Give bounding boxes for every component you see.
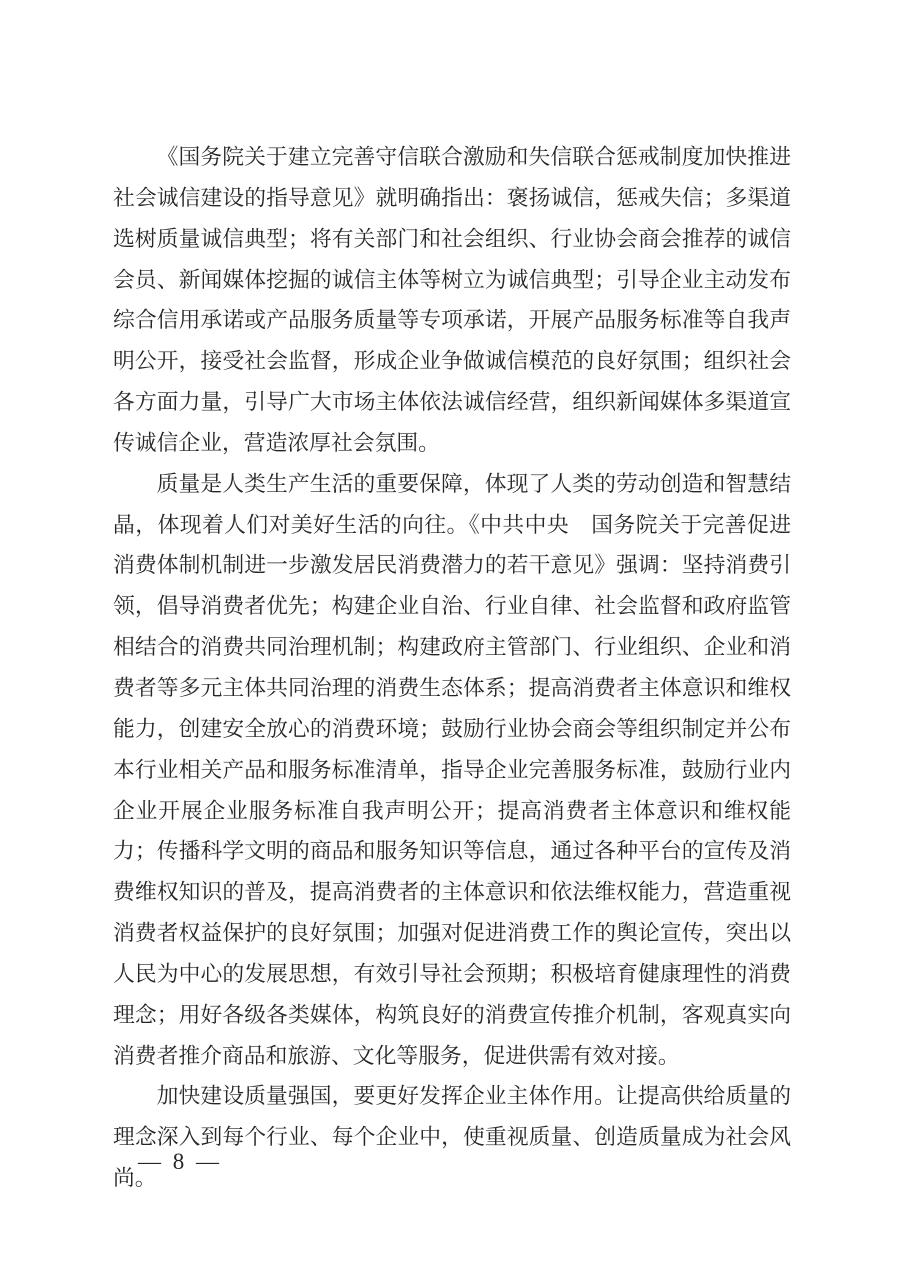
document-body: 《国务院关于建立完善守信联合激励和失信联合惩戒制度加快推进社会诚信建设的指导意见… xyxy=(113,137,791,1199)
document-page: 《国务院关于建立完善守信联合激励和失信联合惩戒制度加快推进社会诚信建设的指导意见… xyxy=(0,0,900,1273)
paragraph-quality-consumption-opinions: 质量是人类生产生活的重要保障，体现了人类的劳动创造和智慧结晶，体现着人们对美好生… xyxy=(113,464,791,1077)
paragraph-quality-nation-enterprise: 加快建设质量强国，要更好发挥企业主体作用。让提高供给质量的理念深入到每个行业、每… xyxy=(113,1076,791,1199)
page-number: — 8 — xyxy=(138,1148,222,1176)
paragraph-credit-guiding-opinions: 《国务院关于建立完善守信联合激励和失信联合惩戒制度加快推进社会诚信建设的指导意见… xyxy=(113,137,791,464)
